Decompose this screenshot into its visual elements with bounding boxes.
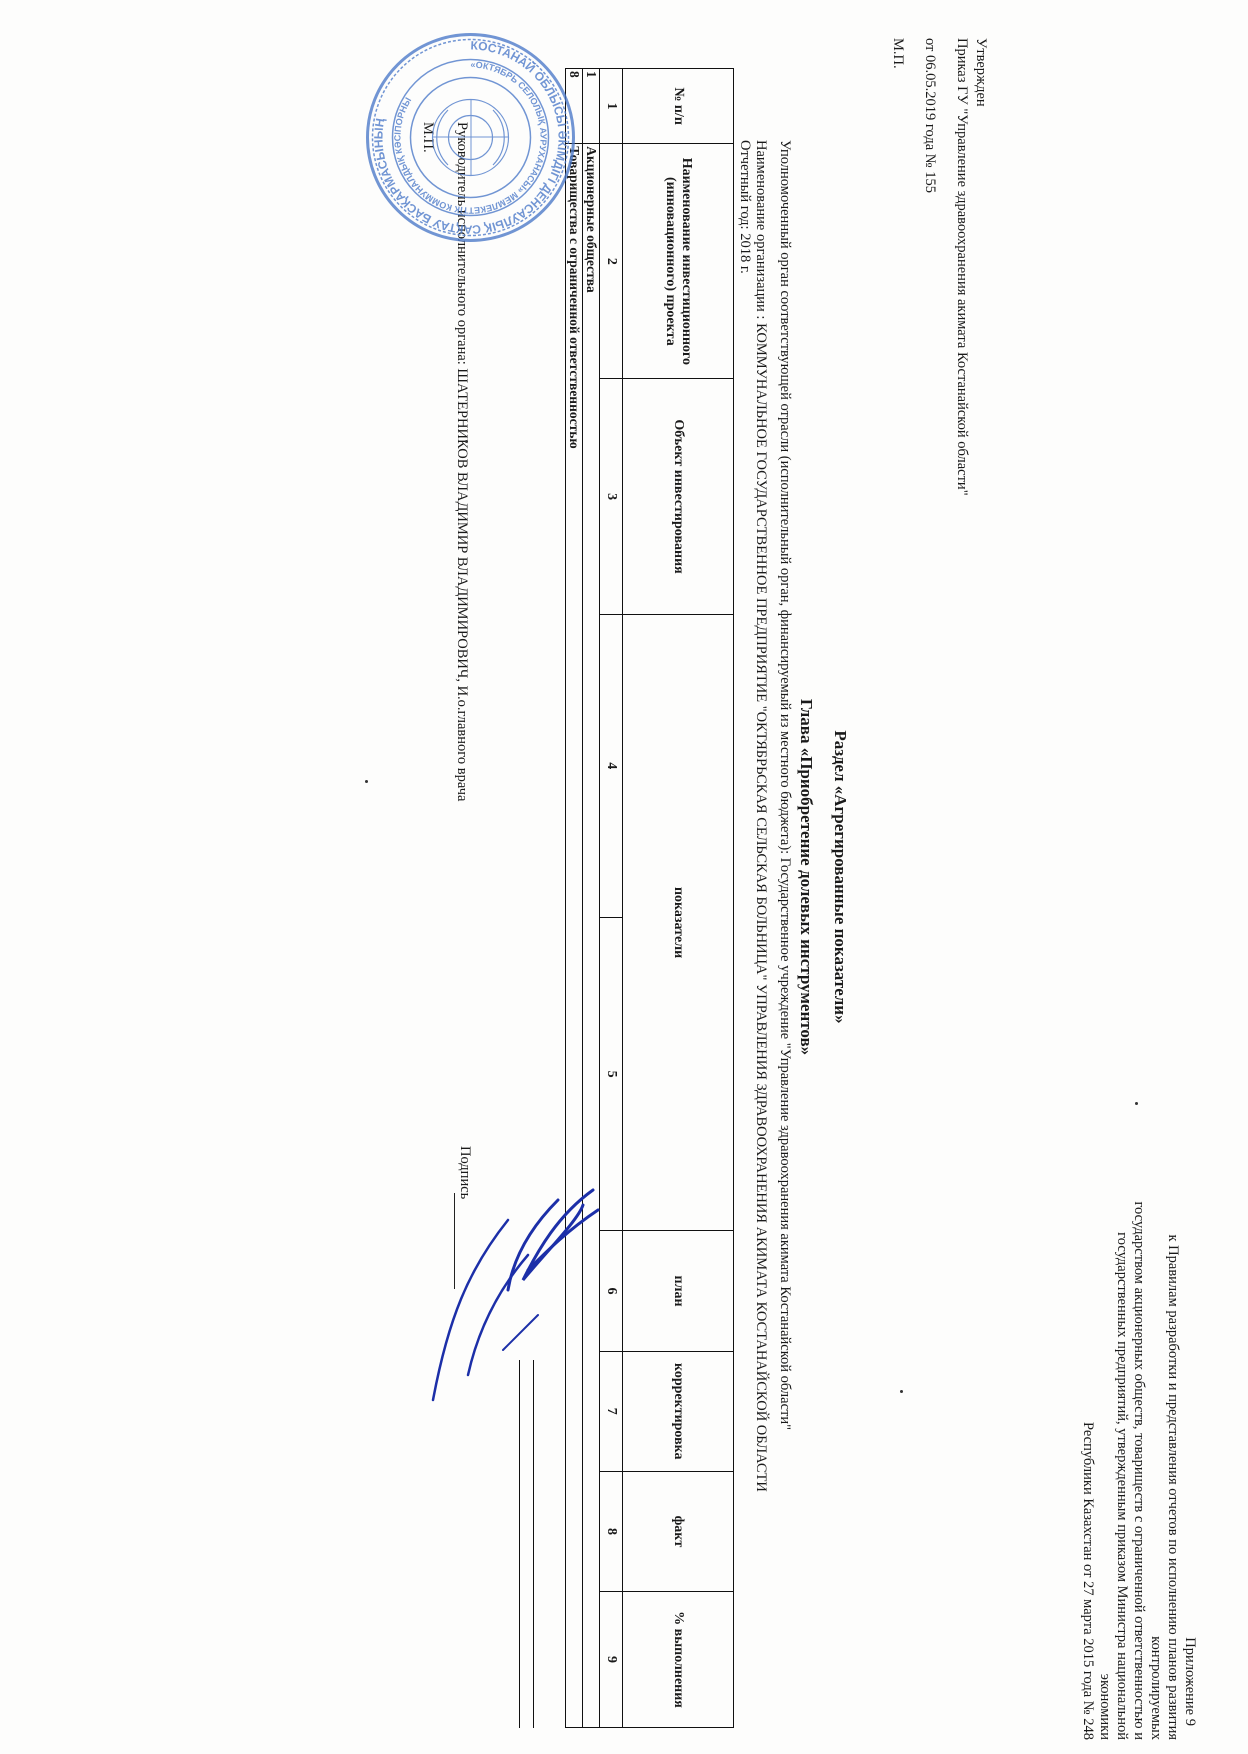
- section-title: Раздел «Агрегированные показатели»: [830, 0, 850, 1754]
- col-number: 2: [600, 144, 623, 379]
- approval-date: от 06.05.2019 года № 155: [921, 38, 939, 496]
- equity-instruments-table: № п/п Наименование инвестиционного (инно…: [565, 68, 734, 1728]
- approval-seal: М.П.: [889, 38, 907, 496]
- table-rule: [533, 1360, 534, 1728]
- table-header-row: № п/п Наименование инвестиционного (инно…: [623, 69, 734, 1728]
- row-name: Товарищества с ограниченной ответственно…: [566, 144, 583, 1728]
- row-name: Акционерные общества: [583, 144, 600, 1728]
- header-indicators: показатели: [623, 614, 734, 1231]
- table-row: 1 Акционерные общества: [583, 69, 600, 1728]
- scan-speck: [465, 440, 468, 443]
- col-number: 8: [600, 1471, 623, 1591]
- appendix-title: Приложение 9: [1181, 1180, 1198, 1726]
- header-plan: план: [623, 1231, 734, 1351]
- approval-order: Приказ ГУ "Управление здравоохранения ак…: [953, 38, 971, 496]
- chapter-title: Глава «Приобретение долевых инструментов…: [796, 0, 816, 1754]
- col-number: 9: [600, 1592, 623, 1728]
- appendix-line: Республики Казахстан от 27 марта 2015 го…: [1079, 1180, 1096, 1740]
- col-number: 4: [600, 614, 623, 917]
- scan-speck: [900, 1390, 903, 1393]
- header-num: № п/п: [623, 69, 734, 144]
- header-object: Объект инвестирования: [623, 379, 734, 614]
- appendix-block: Приложение 9 к Правилам разработки и пре…: [1079, 1180, 1198, 1740]
- approval-label: Утвержден: [972, 38, 990, 496]
- scan-speck: [365, 780, 368, 783]
- header-adjustment: корректировка: [623, 1351, 734, 1471]
- report-year: Отчетный год: 2018 г.: [736, 140, 754, 274]
- scan-speck: [1135, 1102, 1138, 1105]
- header-project: Наименование инвестиционного (инновацион…: [623, 144, 734, 379]
- header-fact: факт: [623, 1471, 734, 1591]
- approval-block: Утвержден Приказ ГУ "Управление здравоох…: [888, 38, 990, 496]
- official-stamp: КОСТАНАЙ ОБЛЫСЫ ӘКІМДІГІ ДЕНСАУЛЫҚ САҚТА…: [363, 30, 578, 245]
- handwritten-signature: [428, 1160, 618, 1410]
- col-number: 1: [600, 69, 623, 144]
- document-page: Приложение 9 к Правилам разработки и пре…: [0, 0, 1248, 1754]
- row-num: 1: [583, 69, 600, 144]
- appendix-line: государством акционерных обществ, товари…: [1130, 1180, 1147, 1740]
- col-number: 3: [600, 379, 623, 614]
- header-completion: % выполнения: [623, 1592, 734, 1728]
- column-number-row: 1 2 3 4 5 6 7 8 9: [600, 69, 623, 1728]
- appendix-line: к Правилам разработки и представления от…: [1147, 1180, 1181, 1740]
- authority-line: Уполномоченный орган соответствующей отр…: [776, 140, 794, 1430]
- appendix-line: государственных предприятий, утвержденны…: [1096, 1180, 1130, 1740]
- table-rule: [519, 1360, 520, 1728]
- organization-line: Наименование организации : КОММУНАЛЬНОЕ …: [752, 140, 770, 1492]
- table-row: 8 Товарищества с ограниченной ответствен…: [566, 69, 583, 1728]
